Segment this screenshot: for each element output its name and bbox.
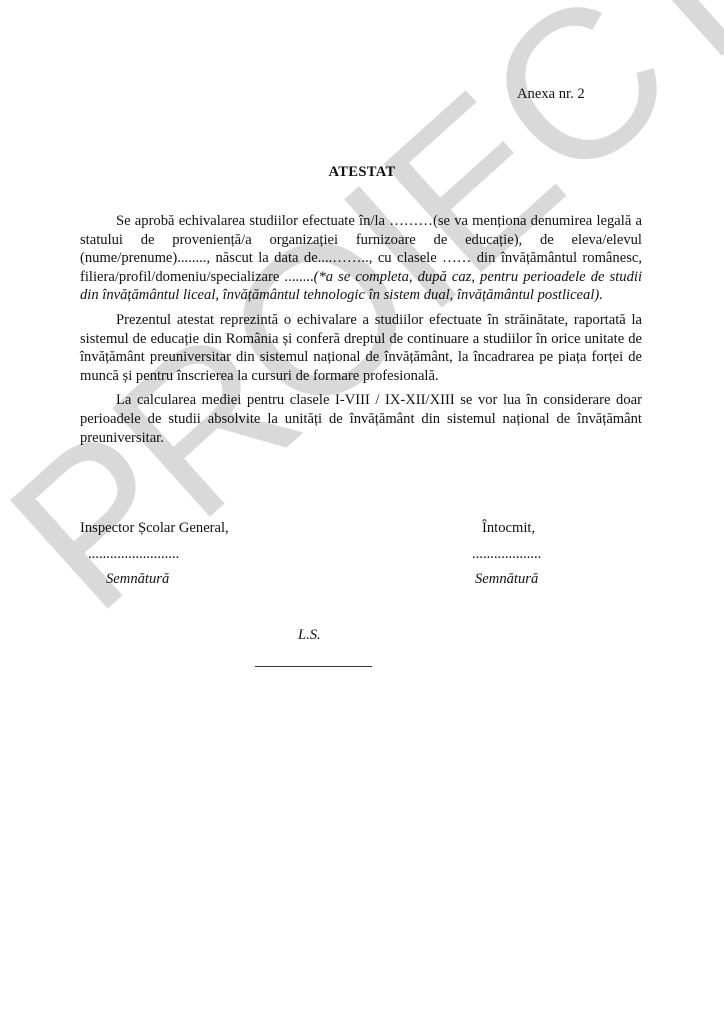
signature-right-line: ................... [472,546,541,563]
seal-line [255,666,372,667]
document-page: PROIECT Anexa nr. 2 ATESTAT Se aprobă ec… [0,0,724,1024]
annex-label: Anexa nr. 2 [517,86,585,103]
document-content: Anexa nr. 2 ATESTAT Se aprobă echivalare… [0,0,724,1024]
signature-left-line: ......................... [88,546,179,563]
paragraph-rights: Prezentul atestat reprezintă o echivalar… [80,311,642,385]
signature-right-title: Întocmit, [482,520,535,537]
document-title: ATESTAT [0,164,724,181]
document-body: Se aprobă echivalarea studiilor efectuat… [80,212,642,453]
signature-right-label: Semnătură [475,571,538,588]
paragraph-average: La calcularea mediei pentru clasele I-VI… [80,391,642,447]
seal-label: L.S. [298,627,321,644]
paragraph-equivalence: Se aprobă echivalarea studiilor efectuat… [80,212,642,305]
signature-left-label: Semnătură [106,571,169,588]
signature-left-title: Inspector Școlar General, [80,520,229,537]
